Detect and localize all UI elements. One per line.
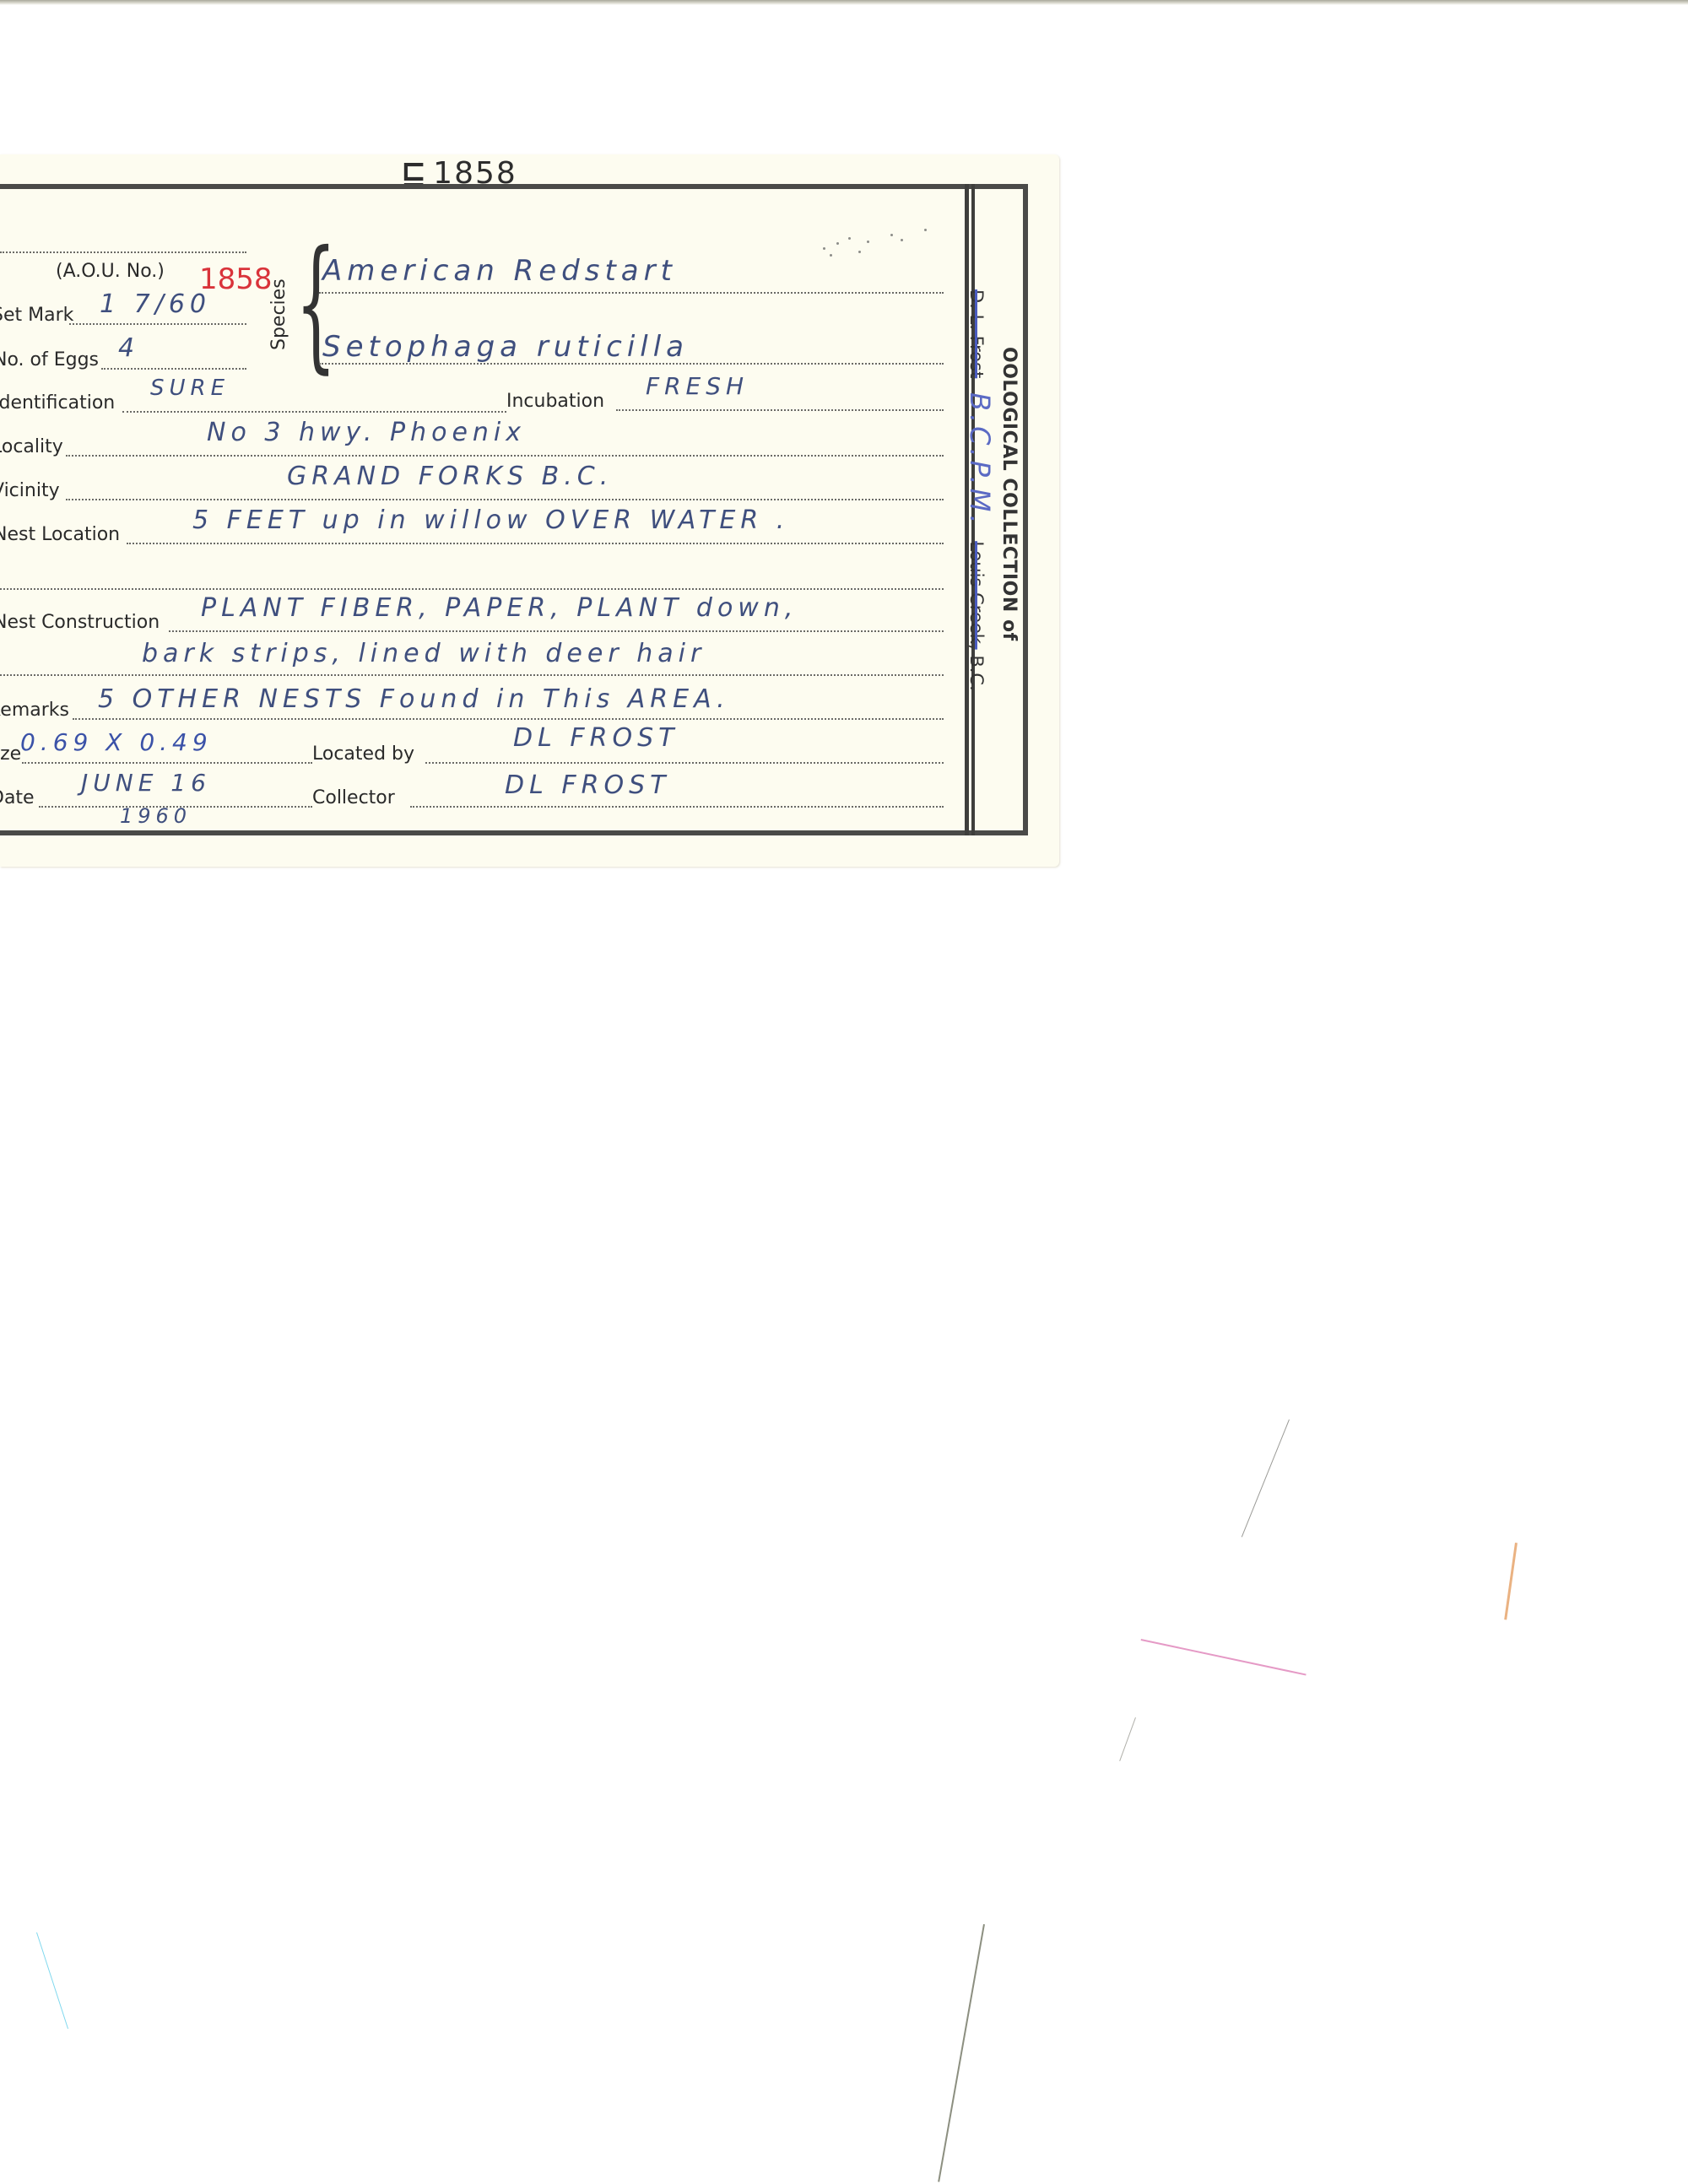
paper-speckles bbox=[789, 222, 958, 273]
remarks-label: Remarks bbox=[0, 700, 69, 721]
identification-label: Identification bbox=[0, 392, 115, 414]
aou-number-label: (A.O.U. No.) bbox=[56, 261, 165, 282]
species-label: Species bbox=[268, 278, 289, 350]
place-struck-name: Louis Creek, bbox=[966, 541, 987, 649]
locality-label: Locality bbox=[0, 436, 63, 457]
owner-handwritten-name: B.C.P.M. bbox=[964, 392, 996, 527]
scan-artifact-line bbox=[1242, 1419, 1290, 1537]
remarks-line bbox=[73, 718, 944, 720]
locality-value: No 3 hwy. Phoenix bbox=[207, 418, 526, 447]
nest-location-value: 5 FEET up in willow OVER WATER . bbox=[192, 505, 789, 535]
identification-value: SURE bbox=[150, 376, 230, 401]
nest-location-label: Nest Location bbox=[0, 524, 120, 545]
species-common-name: American Redstart bbox=[322, 254, 677, 288]
scan-artifact-long-line bbox=[938, 1924, 985, 2182]
date-label: Date bbox=[0, 787, 35, 808]
scan-artifact-orange bbox=[1504, 1543, 1518, 1620]
vicinity-value: GRAND FORKS B.C. bbox=[287, 462, 613, 491]
set-mark-value: 1 7/60 bbox=[100, 289, 211, 319]
collection-title: OOLOGICAL COLLECTION of bbox=[998, 347, 1020, 641]
size-label: Size bbox=[0, 743, 21, 765]
collector-label: Collector bbox=[312, 787, 395, 808]
size-value: 0.69 X 0.49 bbox=[20, 728, 213, 756]
collection-owner-line: D. L. Frost B.C.P.M. Louis Creek, B.C. bbox=[964, 289, 996, 691]
set-mark-line bbox=[69, 323, 246, 325]
vicinity-line bbox=[66, 499, 944, 500]
locality-line bbox=[66, 455, 944, 457]
scan-artifact-cyan bbox=[36, 1933, 68, 2029]
identification-line bbox=[122, 411, 506, 413]
owner-struck-name: D. L. Frost bbox=[966, 289, 987, 378]
scan-artifact-line-small bbox=[1119, 1717, 1136, 1761]
scan-top-edge bbox=[0, 0, 1688, 5]
oological-record-card: ⊑1858 (A.O.U. No.) 1858 Set Mark 1 7/60 … bbox=[0, 154, 1059, 867]
place-name: B.C. bbox=[966, 655, 987, 690]
date-value-year: 1960 bbox=[120, 804, 192, 828]
set-mark-label: Set Mark bbox=[0, 305, 73, 326]
field-line-blank-middle bbox=[0, 588, 944, 590]
size-line bbox=[22, 762, 312, 764]
nest-construction-line-1 bbox=[169, 630, 944, 632]
nest-construction-label: Nest Construction bbox=[0, 612, 160, 633]
vicinity-label: Vicinity bbox=[0, 480, 60, 501]
date-value-month-day: JUNE 16 bbox=[81, 769, 211, 797]
incubation-value: FRESH bbox=[646, 372, 749, 400]
collector-value: DL FROST bbox=[505, 770, 670, 800]
nest-construction-value-2: bark strips, lined with deer hair bbox=[142, 639, 706, 668]
species-common-line bbox=[319, 292, 944, 294]
located-by-label: Located by bbox=[312, 743, 414, 765]
species-scientific-name: Setophaga ruticilla bbox=[322, 330, 689, 364]
incubation-label: Incubation bbox=[506, 391, 604, 412]
incubation-line bbox=[616, 409, 944, 411]
eggs-value: 4 bbox=[118, 333, 139, 363]
species-scientific-line bbox=[319, 363, 944, 365]
field-line-blank-top bbox=[0, 251, 246, 253]
collector-line bbox=[410, 806, 944, 808]
located-by-value: DL FROST bbox=[513, 723, 679, 753]
nest-construction-line-2 bbox=[0, 674, 944, 676]
remarks-value: 5 OTHER NESTS Found in This AREA. bbox=[98, 684, 730, 714]
nest-location-line bbox=[127, 543, 944, 544]
nest-construction-value-1: PLANT FIBER, PAPER, PLANT down, bbox=[201, 593, 798, 623]
scan-artifact-pink bbox=[1141, 1639, 1307, 1676]
located-by-line bbox=[425, 762, 944, 764]
eggs-line bbox=[101, 368, 246, 370]
eggs-label: No. of Eggs bbox=[0, 349, 99, 370]
